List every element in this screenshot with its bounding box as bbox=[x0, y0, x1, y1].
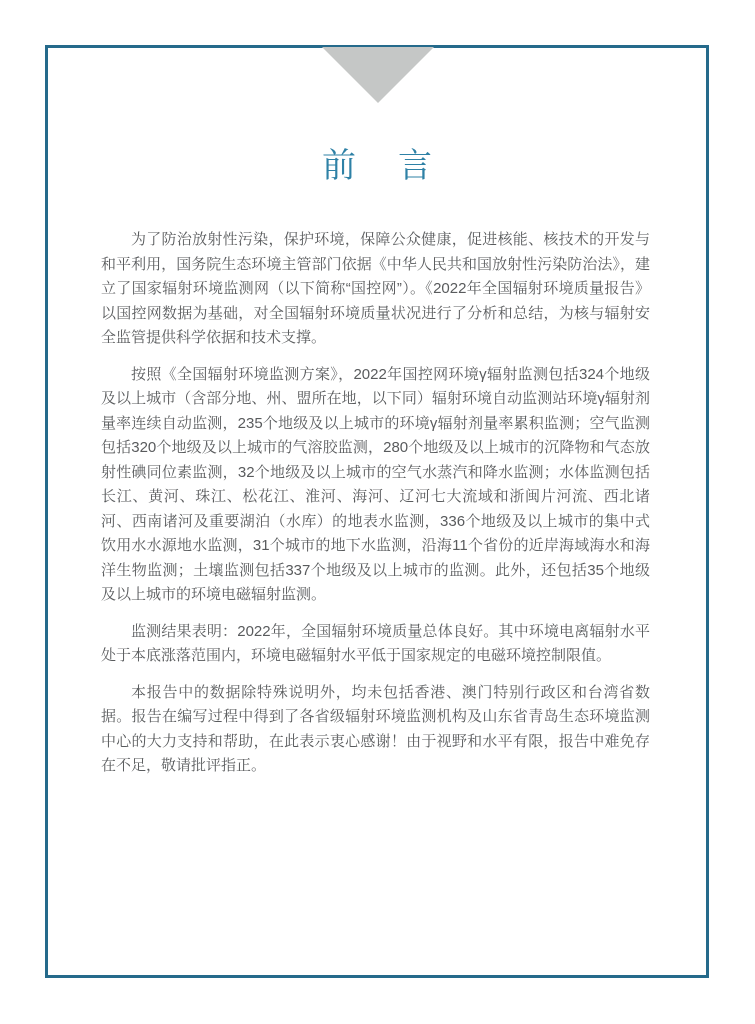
paragraph-results: 监测结果表明：2022年，全国辐射环境质量总体良好。其中环境电离辐射水平处于本底… bbox=[101, 620, 650, 669]
paragraph-acknowledgement: 本报告中的数据除特殊说明外，均未包括香港、澳门特别行政区和台湾省数据。报告在编写… bbox=[101, 681, 650, 779]
down-triangle-icon bbox=[322, 47, 434, 103]
paragraph-monitoring-scope: 按照《全国辐射环境监测方案》，2022年国控网环境γ辐射监测包括324个地级及以… bbox=[101, 363, 650, 608]
preface-body: 为了防治放射性污染，保护环境，保障公众健康，促进核能、核技术的开发与和平利用，国… bbox=[101, 228, 650, 779]
page-title: 前言 bbox=[48, 146, 706, 186]
paragraph-intro: 为了防治放射性污染，保护环境，保障公众健康，促进核能、核技术的开发与和平利用，国… bbox=[101, 228, 650, 351]
document-page: 前言 为了防治放射性污染，保护环境，保障公众健康，促进核能、核技术的开发与和平利… bbox=[0, 0, 755, 1024]
page-title-char-right: 言 bbox=[398, 147, 432, 185]
page-border-frame: 前言 为了防治放射性污染，保护环境，保障公众健康，促进核能、核技术的开发与和平利… bbox=[45, 45, 709, 978]
page-title-char-left: 前 bbox=[322, 147, 356, 185]
